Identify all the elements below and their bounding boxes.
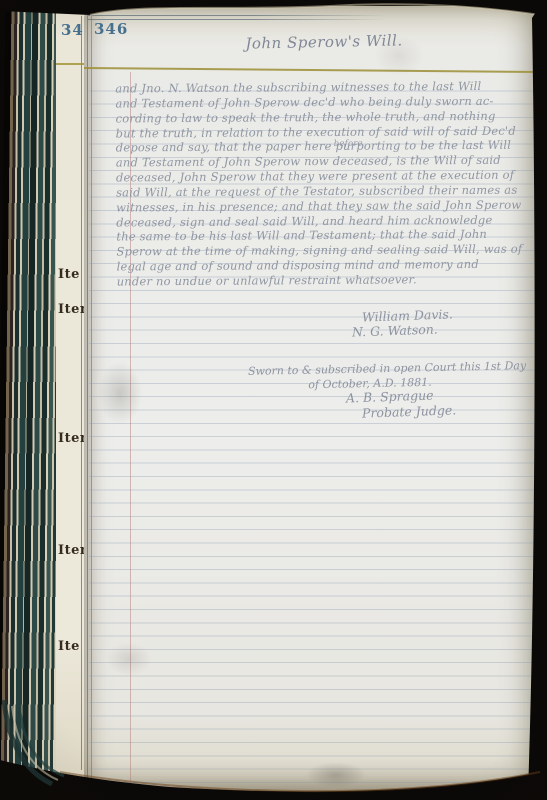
body-line: under no undue or unlawful restraint wha…: [117, 272, 537, 290]
page-border-lines: [88, 15, 388, 16]
page-number: 346: [94, 21, 128, 37]
margin-item-fragment: Ite: [58, 640, 80, 653]
underleaf-page-number: 346: [61, 22, 85, 38]
handwritten-body: and Jno. N. Watson the subscribing witne…: [115, 79, 536, 290]
page-title: John Sperow's Will.: [214, 31, 434, 54]
margin-item-fragment: Ite: [58, 268, 80, 281]
body-line: legal age and of sound and disposing min…: [117, 257, 537, 275]
page-border-lines: [88, 19, 388, 20]
ledger-scan: 346 Ite Iten Iten Iten Ite 346 John Sper…: [0, 0, 547, 800]
header-rule: [84, 67, 540, 73]
interlineation: before: [334, 140, 363, 149]
witness-signature: N. G. Watson.: [352, 323, 438, 340]
open-page: 346 John Sperow's Will. and Jno. N. Wats…: [84, 6, 540, 792]
underleaf-border-line: [81, 16, 82, 770]
